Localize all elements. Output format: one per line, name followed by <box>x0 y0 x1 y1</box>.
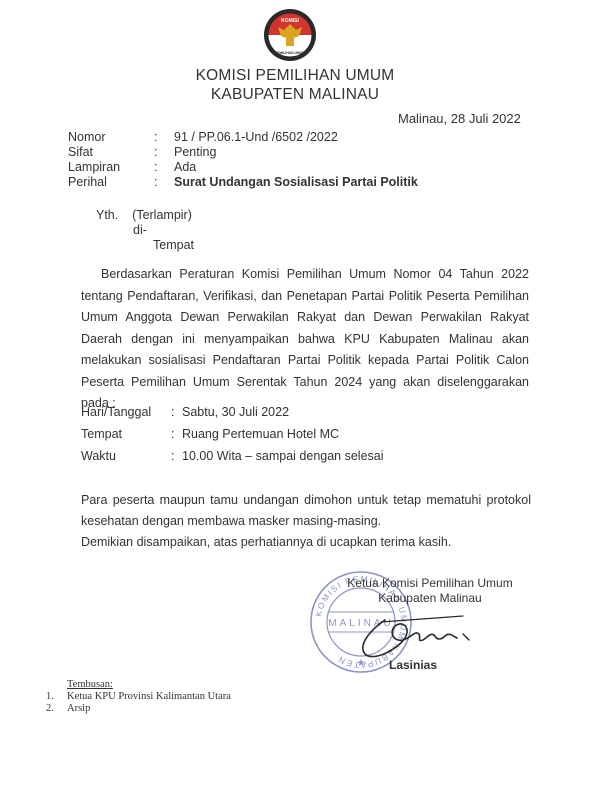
event-label: Hari/Tanggal <box>81 401 171 423</box>
meta-sep: : <box>154 130 174 145</box>
tembusan-text: Arsip <box>67 703 90 715</box>
event-row-place: Tempat : Ruang Pertemuan Hotel MC <box>81 423 384 445</box>
meta-row-perihal: Perihal : Surat Undangan Sosialisasi Par… <box>68 175 418 190</box>
meta-row-lampiran: Lampiran : Ada <box>68 160 418 175</box>
meta-row-nomor: Nomor : 91 / PP.06.1-Und /6502 /2022 <box>68 130 418 145</box>
signatory-title-2: Kabupaten Malinau <box>330 591 530 606</box>
event-sep: : <box>171 445 182 467</box>
meta-label: Perihal <box>68 175 154 190</box>
recipient-name: (Terlampir) <box>132 208 192 222</box>
meta-label: Sifat <box>68 145 154 160</box>
meta-label: Lampiran <box>68 160 154 175</box>
tembusan-number: 2. <box>46 703 67 715</box>
meta-sep: : <box>154 160 174 175</box>
meta-sep: : <box>154 145 174 160</box>
event-value: Sabtu, 30 Juli 2022 <box>182 401 289 423</box>
meta-value: Ada <box>174 160 196 175</box>
recipient-line: Yth. (Terlampir) <box>96 208 194 223</box>
meta-value: Surat Undangan Sosialisasi Partai Politi… <box>174 175 418 190</box>
recipient-yth: Yth. <box>96 208 118 222</box>
handwritten-signature <box>345 606 475 666</box>
signatory-name: Lasinias <box>389 658 437 672</box>
event-sep: : <box>171 401 182 423</box>
tembusan-title: Tembusan: <box>46 679 231 691</box>
event-label: Waktu <box>81 445 171 467</box>
event-label: Tempat <box>81 423 171 445</box>
meta-label: Nomor <box>68 130 154 145</box>
kpu-logo: KOMISI PEMILIHAN UMUM <box>263 8 317 62</box>
letterhead-subtitle: KABUPATEN MALINAU <box>0 86 590 104</box>
letter-meta: Nomor : 91 / PP.06.1-Und /6502 /2022 Sif… <box>68 130 418 190</box>
svg-text:KOMISI: KOMISI <box>281 18 299 24</box>
closing-paragraph: Para peserta maupun tamu undangan dimoho… <box>81 490 531 553</box>
meta-row-sifat: Sifat : Penting <box>68 145 418 160</box>
recipient-di: di- <box>96 223 194 238</box>
meta-sep: : <box>154 175 174 190</box>
recipient-block: Yth. (Terlampir) di- Tempat <box>96 208 194 253</box>
event-sep: : <box>171 423 182 445</box>
closing-line-2: kesehatan dengan membawa masker masing-m… <box>81 511 531 532</box>
meta-value: Penting <box>174 145 216 160</box>
letterhead-title: KOMISI PEMILIHAN UMUM <box>0 67 590 85</box>
tembusan-text: Ketua KPU Provinsi Kalimantan Utara <box>67 691 231 703</box>
meta-value: 91 / PP.06.1-Und /6502 /2022 <box>174 130 338 145</box>
signatory-title: Ketua Komisi Pemilihan Umum Kabupaten Ma… <box>330 576 530 606</box>
closing-line-3: Demikian disampaikan, atas perhatiannya … <box>81 532 531 553</box>
event-value: 10.00 Wita – sampai dengan selesai <box>182 445 384 467</box>
body-paragraph: Berdasarkan Peraturan Komisi Pemilihan U… <box>81 264 529 415</box>
event-row-date: Hari/Tanggal : Sabtu, 30 Juli 2022 <box>81 401 384 423</box>
tembusan-item: 1. Ketua KPU Provinsi Kalimantan Utara <box>46 691 231 703</box>
event-details: Hari/Tanggal : Sabtu, 30 Juli 2022 Tempa… <box>81 401 384 467</box>
signatory-title-1: Ketua Komisi Pemilihan Umum <box>330 576 530 591</box>
tembusan-item: 2. Arsip <box>46 703 231 715</box>
tembusan-number: 1. <box>46 691 67 703</box>
tembusan-block: Tembusan: 1. Ketua KPU Provinsi Kalimant… <box>46 679 231 715</box>
recipient-place: Tempat <box>96 238 194 253</box>
event-value: Ruang Pertemuan Hotel MC <box>182 423 339 445</box>
event-row-time: Waktu : 10.00 Wita – sampai dengan seles… <box>81 445 384 467</box>
closing-line-1: Para peserta maupun tamu undangan dimoho… <box>81 490 531 511</box>
svg-text:PEMILIHAN UMUM: PEMILIHAN UMUM <box>275 51 305 55</box>
letter-date: Malinau, 28 Juli 2022 <box>398 111 521 126</box>
